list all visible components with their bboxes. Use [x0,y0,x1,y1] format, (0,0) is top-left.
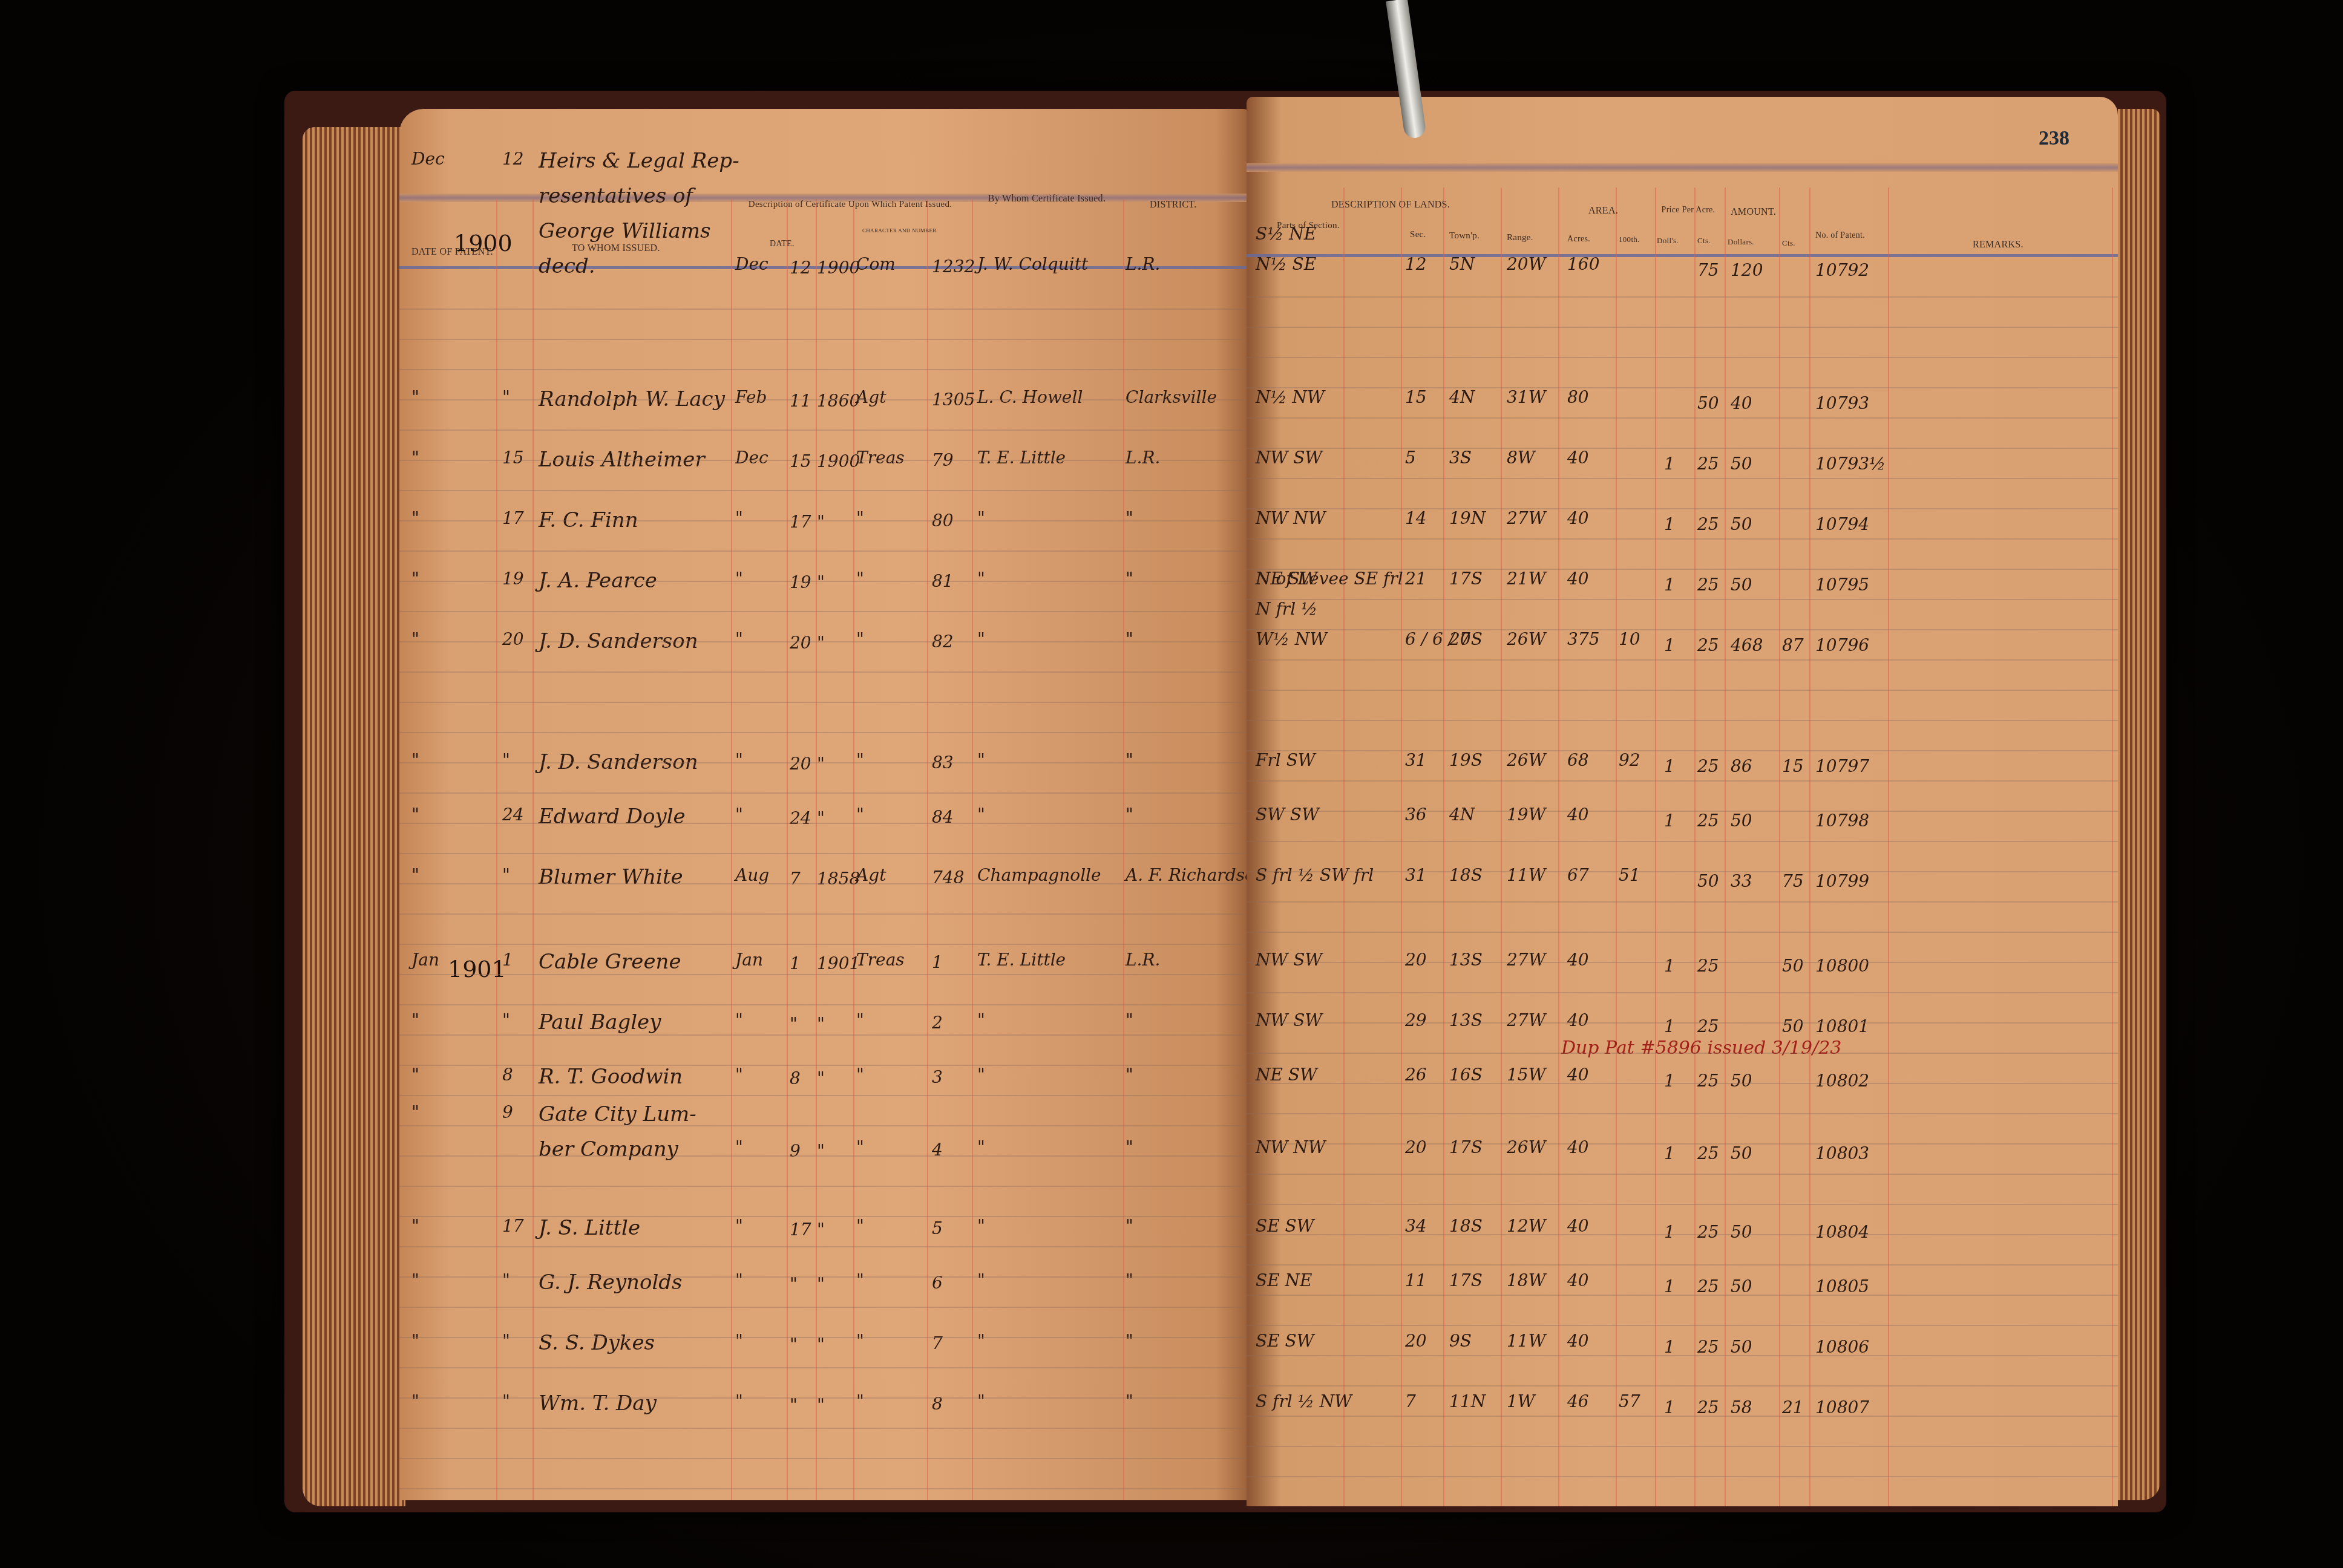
entry-range: 26W [1507,750,1545,770]
entry-cert-month: Jan [735,950,763,970]
entry-cert-day: 17 [790,1220,811,1240]
entry-amount-dollars: 58 [1731,1397,1752,1417]
entry-day: 19 [502,569,524,589]
header-range: Range. [1507,233,1533,243]
entry-by-whom: " [977,1065,985,1085]
red-ink-annotation: Dup Pat #5896 issued 3/19/23 [1561,1037,1841,1059]
ruled-line [1247,932,2118,933]
ruled-line [1247,1416,2118,1417]
entry-patent-number: 10807 [1815,1397,1869,1417]
entry-cert-char: " [856,508,864,528]
entry-district: " [1126,1010,1133,1030]
entry-price-dollars: 1 [1664,956,1675,976]
ruled-line [399,1034,1250,1036]
ruled-line [399,1307,1250,1308]
entry-acres: 40 [1567,1010,1589,1030]
rule-col-twp [1443,188,1444,1506]
ruled-line [1247,690,2118,691]
ruled-line [1247,1234,2118,1235]
entry-month: " [411,1331,419,1351]
ruled-line [1247,1083,2118,1084]
entry-month: " [411,1102,419,1122]
entry-cert-year: " [817,754,825,774]
entry-by-whom: " [977,1331,985,1351]
header-dolls: Doll's. [1657,236,1679,246]
entry-price-cents: 25 [1697,575,1719,595]
entry-range: 21W [1507,569,1545,589]
entry-township: 3S [1449,448,1472,468]
entry-cert-month: " [735,1270,743,1290]
entry-patent-number: 10795 [1815,575,1869,595]
entry-range: 19W [1507,805,1545,825]
entry-day: 15 [502,448,524,468]
entry-district: A. F. Richardson [1126,865,1250,885]
header-price-per-acre: Price Per Acre. [1661,206,1715,215]
entry-amount-dollars: 50 [1731,454,1752,474]
entry-district: " [1126,1331,1133,1351]
entry-patent-number: 10798 [1815,811,1869,831]
ruled-line [1247,1113,2118,1114]
entry-cert-month: " [735,1216,743,1236]
entry-sec: 29 [1405,1010,1427,1030]
ruled-line [399,853,1250,854]
entry-cert-month: " [735,629,743,649]
entry-sec: 20 [1405,950,1427,970]
entry-day: 12 [502,149,524,169]
entry-cert-day: 20 [790,633,811,653]
entry-sec: 34 [1405,1216,1427,1236]
rule-col-cert-num [927,200,928,1500]
entry-township: 16S [1449,1065,1483,1085]
entry-cert-year: 1860 [817,391,860,411]
entry-cert-day: 1 [790,953,801,973]
rule-col-price-c [1694,188,1696,1506]
ruled-line [1247,1325,2118,1326]
entry-cert-year: " [817,512,825,532]
entry-patent-number: 10806 [1815,1337,1869,1357]
ruled-line [1247,750,2118,751]
entry-cert-num: 3 [932,1067,943,1087]
entry-month: " [411,1216,419,1236]
entry-name: Blumer White [539,865,683,889]
entry-name: Wm. T. Day [539,1391,657,1416]
header-cts: Cts. [1697,236,1711,246]
entry-amount-dollars: 40 [1731,393,1752,413]
entry-cert-month: " [735,569,743,589]
right-page: 238 DESCRIPTION OF LANDS. Parts of Secti… [1247,97,2118,1506]
ruled-line [1247,1446,2118,1447]
ruled-line [399,430,1250,431]
entry-month: " [411,805,419,825]
entry-parts-of-section: Frl SW [1256,750,1316,770]
header-amount-cts: Cts. [1782,238,1795,248]
entry-parts-of-section: W½ NW [1256,629,1327,649]
entry-sec: 26 [1405,1065,1427,1085]
header-district: DISTRICT. [1150,200,1197,211]
entry-township: 20S [1449,629,1483,649]
page-edges-left [303,127,405,1506]
entry-range: 27W [1507,1010,1545,1030]
year-1901: 1901 [448,956,506,982]
entry-price-cents: 75 [1697,260,1719,280]
page-number: 238 [2039,127,2069,150]
entry-cert-char: Treas [856,448,905,468]
entry-township: 19N [1449,508,1486,528]
entry-by-whom: T. E. Little [977,950,1066,970]
entry-amount-dollars: 50 [1731,1071,1752,1091]
entry-price-cents: 25 [1697,1397,1719,1417]
entry-sec: 11 [1405,1270,1427,1290]
entry-cert-year: " [817,808,825,828]
header-to-whom-issued: TO WHOM ISSUED. [572,243,660,254]
header-rule [1247,163,2118,172]
entry-patent-number: 10802 [1815,1071,1869,1091]
entry-cert-char: " [856,1391,864,1411]
entry-100th: 57 [1619,1391,1640,1411]
entry-patent-number: 10796 [1815,635,1869,655]
entry-by-whom: Champagnolle [977,865,1101,885]
entry-district: L.R. [1126,254,1160,274]
entry-price-cents: 25 [1697,811,1719,831]
ruled-line [399,762,1250,763]
header-certificate-description: Description of Certificate Upon Which Pa… [738,200,962,210]
entry-patent-number: 10792 [1815,260,1869,280]
ruled-line [1247,1204,2118,1205]
entry-day: 20 [502,629,524,649]
entry-patent-number: 10801 [1815,1016,1869,1036]
ruled-line [399,490,1250,491]
ruled-line [399,1155,1250,1157]
entry-parts-of-section: S frl ½ NW [1256,1391,1352,1411]
entry-name: ber Company [539,1137,678,1161]
ruled-line [1247,1385,2118,1387]
entry-by-whom: " [977,1270,985,1290]
entry-price-dollars: 1 [1664,811,1675,831]
entry-amount-dollars: 50 [1731,1337,1752,1357]
rule-col-sec [1401,188,1402,1506]
entry-district: " [1126,629,1133,649]
entry-acres: 40 [1567,569,1589,589]
ruled-line [399,1276,1250,1278]
ruled-line [399,1095,1250,1096]
header-area: AREA. [1588,206,1618,217]
entry-price-dollars: 1 [1664,1143,1675,1163]
ruled-line [399,974,1250,975]
entry-parts-of-section: NW NW [1256,508,1325,528]
left-page: DATE OF PATENT. TO WHOM ISSUED. Descript… [399,109,1250,1500]
ruled-line [399,1216,1250,1217]
entry-amount-dollars: 50 [1731,514,1752,534]
entry-district: " [1126,805,1133,825]
entry-month: " [411,448,419,468]
entry-month: " [411,750,419,770]
entry-cert-num: 84 [932,807,954,827]
entry-parts-of-section: N frl ½ [1256,599,1317,619]
entry-sec: 12 [1405,254,1427,274]
entry-price-dollars: 1 [1664,575,1675,595]
header-no-of-patent: No. of Patent. [1815,231,1865,241]
entry-sec: 21 [1405,569,1427,589]
entry-name: Paul Bagley [539,1010,661,1034]
entry-cert-char: " [856,1331,864,1351]
entry-range: 18W [1507,1270,1545,1290]
entry-cert-num: 2 [932,1013,943,1033]
ruled-line [1247,629,2118,630]
entry-acres: 375 [1567,629,1599,649]
entry-cert-char: " [856,1137,864,1157]
entry-parts-of-section: S frl ½ SW frl [1256,865,1374,885]
entry-district: " [1126,1391,1133,1411]
entry-day: " [502,1010,510,1030]
entry-cert-month: Dec [735,448,768,468]
entry-acres: 40 [1567,1216,1589,1236]
entry-cert-year: " [817,1141,825,1161]
entry-price-cents: 25 [1697,1276,1719,1296]
header-100th: 100th. [1619,235,1640,244]
ruled-line [399,823,1250,824]
entry-district: " [1126,1065,1133,1085]
ruled-line [399,339,1250,340]
ruled-line [1247,1264,2118,1266]
entry-district: L.R. [1126,448,1160,468]
entry-price-cents: 25 [1697,1016,1719,1036]
entry-amount-cents: 87 [1782,635,1804,655]
header-sec: Sec. [1410,230,1426,240]
entry-township: 18S [1449,1216,1483,1236]
entry-range: 8W [1507,448,1535,468]
header-amount: AMOUNT. [1731,207,1776,218]
entry-acres: 67 [1567,865,1589,885]
entry-name: Cable Greene [539,950,681,974]
entry-cert-num: 1232 [932,256,975,276]
ruled-line [1247,720,2118,721]
header-township: Town'p. [1449,231,1480,241]
ruled-line [399,1337,1250,1338]
entry-cert-day: 15 [790,451,811,471]
entry-cert-month: " [735,1065,743,1085]
entry-cert-day: " [790,1014,798,1034]
ruled-line [399,399,1250,400]
ruled-line [1247,962,2118,963]
entry-acres: 40 [1567,448,1589,468]
entry-month: " [411,1270,419,1290]
entry-parts-of-section: NW SW [1256,950,1322,970]
entry-month: " [411,1010,419,1030]
entry-range: 11W [1507,865,1545,885]
header-acres: Acres. [1567,235,1590,244]
entry-cert-day: 24 [790,808,811,828]
ruled-line [399,883,1250,884]
entry-acres: 80 [1567,387,1589,407]
entry-district: " [1126,1270,1133,1290]
entry-price-dollars: 1 [1664,1397,1675,1417]
entry-district: L.R. [1126,950,1160,970]
ruled-line [399,369,1250,370]
entry-acres: 40 [1567,1065,1589,1085]
entry-sec: 31 [1405,750,1427,770]
entry-sec: 31 [1405,865,1427,885]
year-1900: 1900 [454,230,513,256]
entry-day: 1 [502,950,513,970]
entry-amount-cents: 15 [1782,756,1804,776]
entry-cert-char: " [856,1010,864,1030]
entry-cert-num: 748 [932,867,964,887]
entry-district: " [1126,508,1133,528]
entry-name: G. J. Reynolds [539,1270,683,1295]
entry-price-cents: 25 [1697,1143,1719,1163]
entry-amount-dollars: 50 [1731,1222,1752,1242]
entry-patent-number: 10804 [1815,1222,1869,1242]
entry-township: 13S [1449,950,1483,970]
page-edges-right [2118,109,2160,1500]
entry-cert-num: 8 [932,1394,943,1414]
ruled-line [399,1125,1250,1126]
entry-cert-day: 7 [790,869,801,889]
entry-township: 4N [1449,805,1475,825]
entry-day: " [502,387,510,407]
entry-cert-year: 1901 [817,953,860,973]
entry-price-cents: 50 [1697,393,1719,413]
entry-range: 26W [1507,629,1545,649]
entry-township: 17S [1449,1270,1483,1290]
entry-by-whom: " [977,1391,985,1411]
entry-acres: 40 [1567,1270,1589,1290]
entry-price-dollars: 1 [1664,514,1675,534]
entry-parts-of-section: NW NW [1256,1137,1325,1157]
ruled-line [1247,871,2118,872]
entry-amount-dollars: 468 [1731,635,1763,655]
entry-cert-num: 4 [932,1140,943,1160]
ruled-line [399,641,1250,642]
entry-acres: 40 [1567,1331,1589,1351]
entry-township: 11N [1449,1391,1486,1411]
ruled-line [1247,1295,2118,1296]
entry-parts-of-section: SE SW [1256,1331,1314,1351]
entry-cert-num: 6 [932,1273,943,1293]
entry-cert-num: 7 [932,1333,943,1353]
entry-patent-number: 10797 [1815,756,1869,776]
entry-price-cents: 25 [1697,1071,1719,1091]
entry-range: 15W [1507,1065,1545,1085]
entry-parts-of-section: N½ NW [1256,387,1325,407]
entry-month: " [411,387,419,407]
ruled-line [1247,811,2118,812]
ruled-line [1247,569,2118,570]
entry-district: " [1126,1137,1133,1157]
entry-day: " [502,1331,510,1351]
entry-parts-of-section: SE NE [1256,1270,1312,1290]
entry-township: 18S [1449,865,1483,885]
rule-col-parts2 [1343,188,1345,1506]
rule-col-hund [1616,188,1617,1506]
entry-cert-char: " [856,750,864,770]
entry-district: Clarksville [1126,387,1217,407]
entry-township: 4N [1449,387,1475,407]
entry-cert-month: " [735,508,743,528]
entry-month: " [411,865,419,885]
entry-name: Gate City Lum- [539,1102,696,1126]
entry-month: " [411,569,419,589]
entry-district: " [1126,750,1133,770]
entry-cert-month: " [735,805,743,825]
ruled-line [1247,1053,2118,1054]
entry-patent-number: 10799 [1815,871,1869,891]
header-by-whom: By Whom Certificate Issued. [986,194,1107,204]
entry-day: 8 [502,1065,513,1085]
entry-cert-char: " [856,569,864,589]
entry-cert-day: 12 [790,258,811,278]
entry-price-dollars: 1 [1664,1222,1675,1242]
entry-day: " [502,865,510,885]
rule-col-day [496,200,497,1500]
entry-price-dollars: 1 [1664,1016,1675,1036]
entry-cert-year: " [817,1068,825,1088]
entry-sec: 20 [1405,1137,1427,1157]
entry-name: resentatives of [539,184,693,208]
entry-patent-number: 10794 [1815,514,1869,534]
entry-amount-dollars: 50 [1731,1143,1752,1163]
entry-cert-year: " [817,572,825,592]
entry-name: Heirs & Legal Rep- [539,149,739,173]
ruled-line [399,581,1250,582]
ruled-line [399,1186,1250,1187]
entry-day: " [502,750,510,770]
header-cert-char-num: CHARACTER AND NUMBER. [862,227,938,234]
ruled-line [1247,901,2118,903]
ruled-line [1247,387,2118,388]
ruled-line [1247,327,2118,328]
rule-col-district [1123,200,1124,1500]
entry-sec: 15 [1405,387,1427,407]
entry-cert-month: Dec [735,254,768,274]
entry-range: 1W [1507,1391,1535,1411]
entry-range: 11W [1507,1331,1545,1351]
ruled-line [1247,296,2118,298]
entry-parts-of-section: SW SW [1256,805,1319,825]
entry-price-cents: 25 [1697,635,1719,655]
ruled-line [399,520,1250,521]
ruled-line [399,1246,1250,1247]
entry-parts-of-section: NW SW [1256,448,1322,468]
ruled-line [1247,508,2118,509]
entry-amount-cents: 50 [1782,956,1804,976]
entry-patent-number: 10805 [1815,1276,1869,1296]
entry-cert-char: Treas [856,950,905,970]
ruled-line [399,1458,1250,1459]
entry-amount-cents: 21 [1782,1397,1804,1417]
entry-cert-char: Agt [856,387,886,407]
entry-amount-dollars: 33 [1731,871,1752,891]
ruled-line [1247,1022,2118,1024]
entry-acres: 40 [1567,1137,1589,1157]
entry-cert-month: Aug [735,865,769,885]
rule-col-amt-d [1725,188,1726,1506]
entry-parts-of-section: NE SW [1256,1065,1317,1085]
entry-cert-month: " [735,1391,743,1411]
entry-cert-year: 1900 [817,451,860,471]
entry-district: " [1126,569,1133,589]
ruled-line [1247,992,2118,993]
entry-sec: 7 [1405,1391,1416,1411]
entry-by-whom: " [977,629,985,649]
entry-cert-month: Feb [735,387,767,407]
ruled-line [1247,1355,2118,1356]
ruled-line [399,460,1250,461]
entry-100th: 51 [1619,865,1640,885]
entry-range: 27W [1507,508,1545,528]
entry-price-dollars: 1 [1664,1337,1675,1357]
entry-name: decd. [539,254,595,278]
